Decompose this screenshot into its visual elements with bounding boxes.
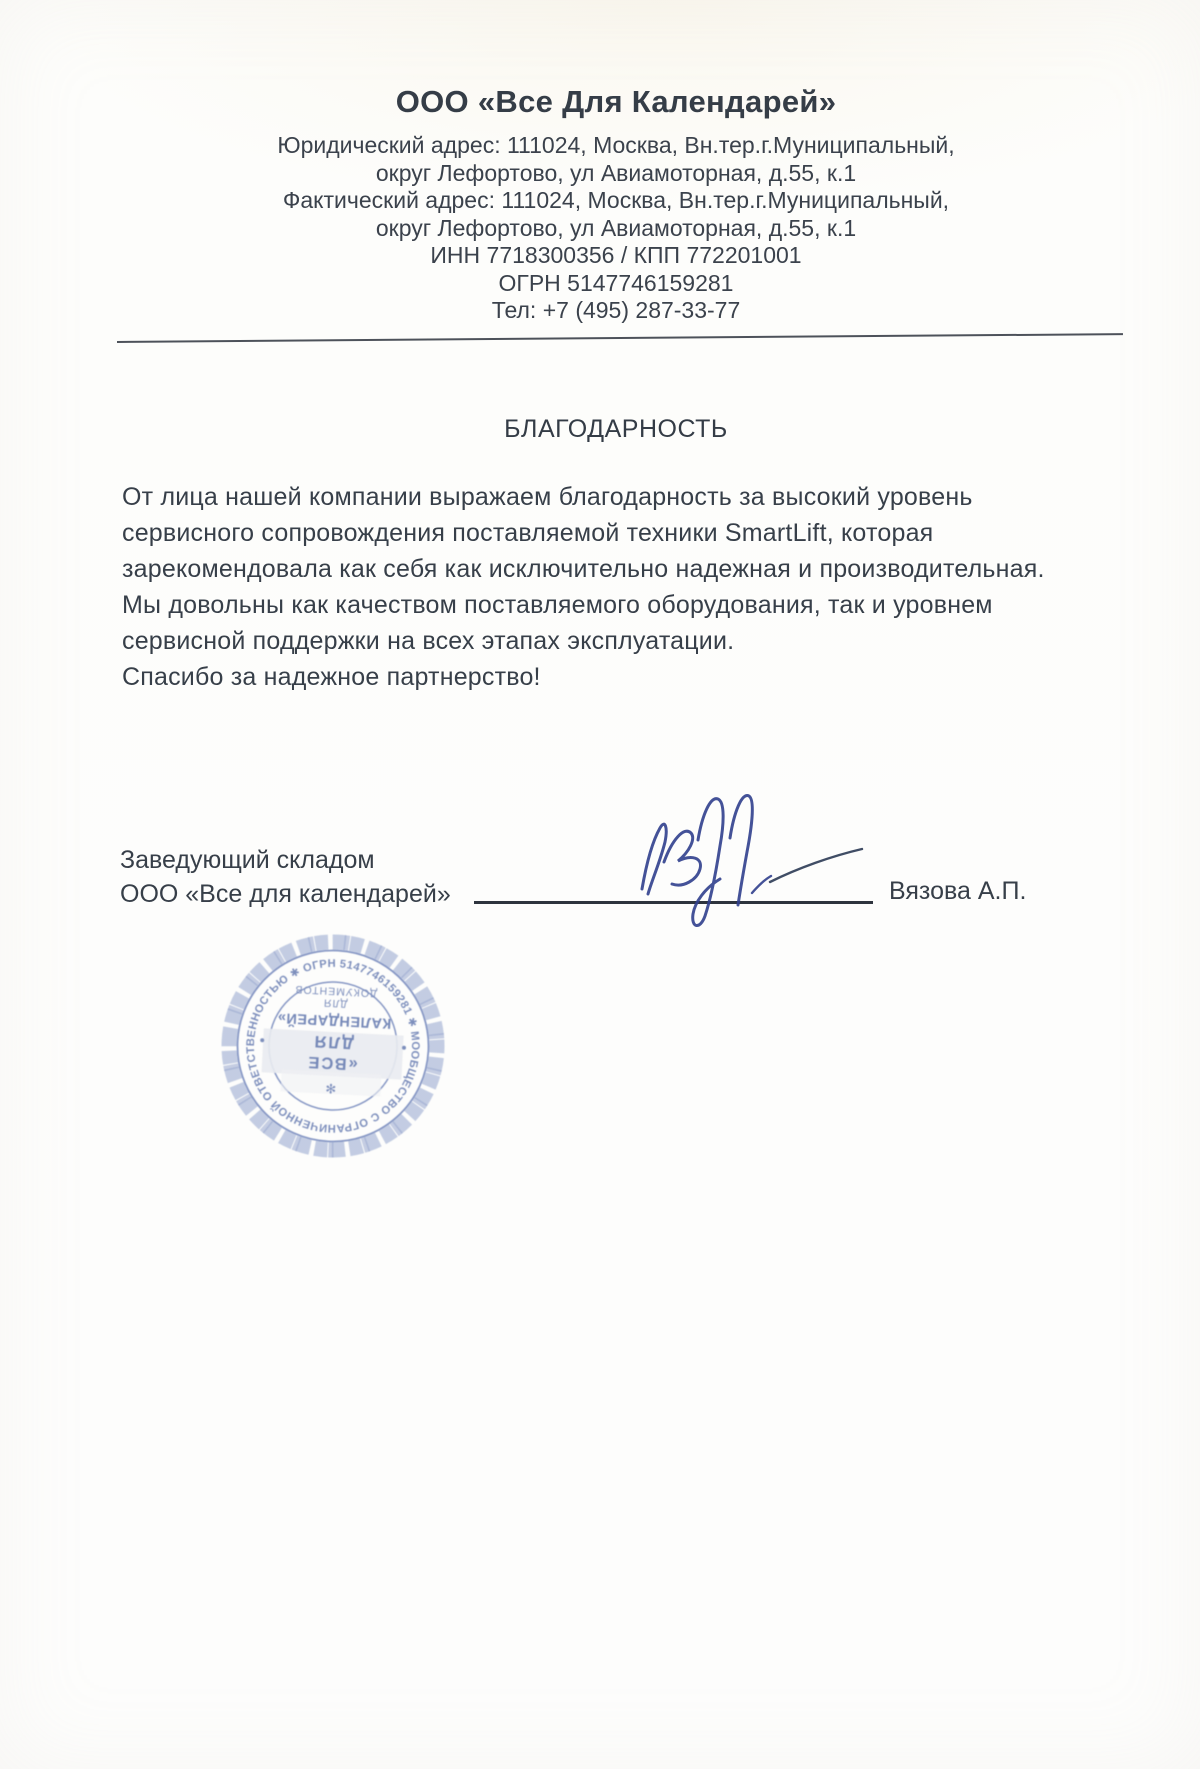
signature-flourish	[770, 849, 862, 882]
stamp-center-line-2: ДЛЯ	[312, 1032, 354, 1052]
signature-stroke	[664, 831, 700, 885]
body-line: зарекомендовала как себя как исключитель…	[122, 551, 1082, 587]
signer-position-line-1: Заведующий складом	[120, 843, 451, 877]
stamp-rotated-group: ОБЩЕСТВО С ОГРАНИЧЕННОЙ ОТВЕТСТВЕННОСТЬЮ…	[224, 937, 443, 1156]
body-line: Мы довольны как качеством поставляемого …	[122, 587, 1082, 623]
stamp-center-line-3: КАЛЕНДАРЕЙ»	[277, 1009, 392, 1033]
header-divider-line	[117, 333, 1123, 343]
stamp-star-icon: ✻	[325, 1081, 337, 1097]
signature-flourish	[752, 876, 771, 893]
letter-body: От лица нашей компании выражаем благодар…	[122, 479, 1082, 695]
legal-address-line-1: Юридический адрес: 111024, Москва, Вн.те…	[110, 132, 1122, 160]
actual-address-line-1: Фактический адрес: 111024, Москва, Вн.те…	[110, 187, 1122, 215]
body-line: Спасибо за надежное партнерство!	[122, 659, 1082, 695]
signer-position-line-2: ООО «Все для календарей»	[120, 877, 451, 911]
company-name: ООО «Все Для Календарей»	[110, 84, 1122, 120]
body-line: От лица нашей компании выражаем благодар…	[122, 479, 1082, 515]
company-stamp: ОБЩЕСТВО С ОГРАНИЧЕННОЙ ОТВЕТСТВЕННОСТЬЮ…	[213, 926, 453, 1166]
signature-stroke	[693, 799, 723, 926]
phone-line: Тел: +7 (495) 287-33-77	[110, 297, 1122, 325]
signer-name: Вязова А.П.	[889, 877, 1026, 906]
inn-kpp-line: ИНН 7718300356 / КПП 772201001	[110, 242, 1122, 270]
ogrn-line: ОГРН 5147746159281	[110, 270, 1122, 298]
letterhead: ООО «Все Для Календарей» Юридический адр…	[110, 84, 1122, 325]
letter-title: БЛАГОДАРНОСТЬ	[110, 415, 1122, 444]
legal-address-line-2: округ Лефортово, ул Авиамоторная, д.55, …	[110, 160, 1122, 188]
signature-block: Заведующий складом ООО «Все для календар…	[120, 843, 451, 911]
scanned-letter-page: ООО «Все Для Календарей» Юридический адр…	[0, 0, 1200, 1769]
signature-stroke	[730, 795, 752, 905]
body-line: сервисного сопровождения поставляемой те…	[122, 515, 1082, 551]
actual-address-line-2: округ Лефортово, ул Авиамоторная, д.55, …	[110, 215, 1122, 243]
stamp-center-line-1: «ВСЕ	[306, 1053, 358, 1074]
stamp-sub-line-2: ДОКУМЕНТОВ	[294, 983, 377, 999]
body-line: сервисной поддержки на всех этапах экспл…	[122, 623, 1082, 659]
handwritten-signature	[600, 780, 900, 950]
signature-stroke	[642, 824, 666, 894]
